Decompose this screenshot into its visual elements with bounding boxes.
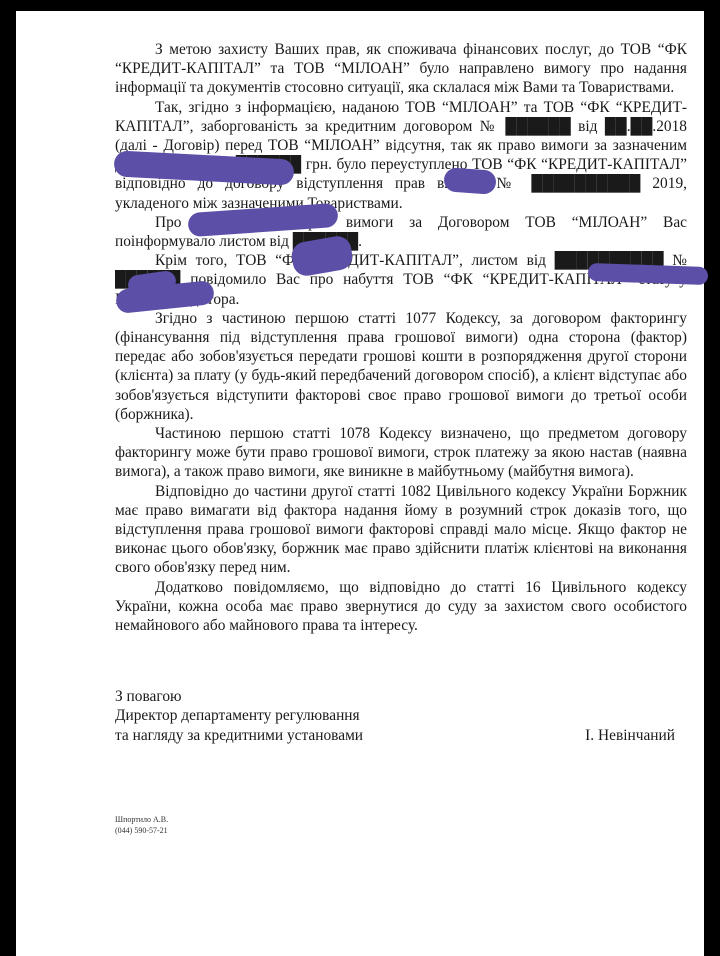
signer-title-line2: та нагляду за кредитними установами [115, 726, 363, 745]
redaction-amount [443, 167, 497, 195]
paragraph-article-16: Додатково повідомляємо, що відповідно до… [115, 578, 687, 636]
signer-name: І. Невінчаний [585, 726, 675, 745]
executor-name: Шпортило А.В. [115, 814, 168, 825]
paragraph-article-1077: Згідно з частиною першою статті 1077 Код… [115, 309, 687, 424]
paragraph-purpose: З метою захисту Ваших прав, як споживача… [115, 40, 687, 98]
signer-title-line1: Директор департаменту регулювання [115, 706, 675, 725]
executor-phone: (044) 590-57-21 [115, 825, 168, 836]
letter-body: З метою захисту Ваших прав, як споживача… [115, 40, 687, 635]
document-page: З метою захисту Ваших прав, як споживача… [16, 11, 704, 956]
closing: З повагою [115, 687, 675, 706]
paragraph-article-1082: Відповідно до частини другої статті 1082… [115, 482, 687, 578]
executor-info: Шпортило А.В. (044) 590-57-21 [115, 814, 168, 836]
signature-block: З повагою Директор департаменту регулюва… [115, 687, 675, 745]
paragraph-article-1078: Частиною першою статті 1078 Кодексу визн… [115, 424, 687, 482]
